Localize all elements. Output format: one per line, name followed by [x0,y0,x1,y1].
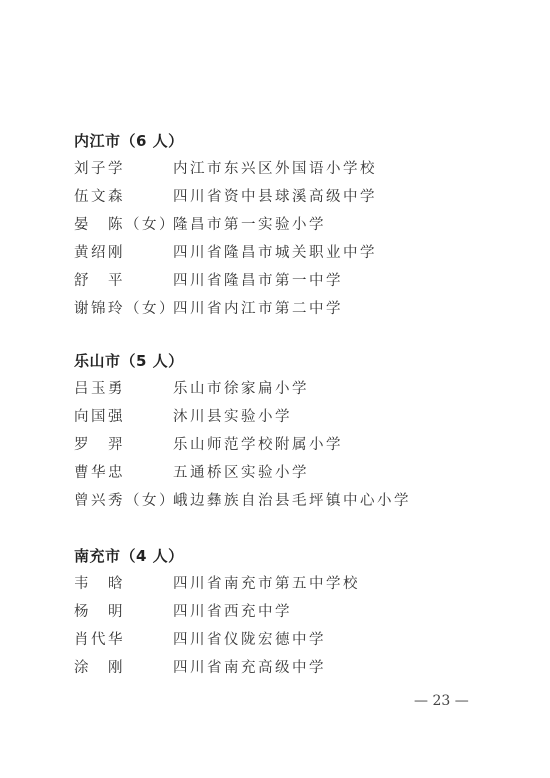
school-name: 沐川县实验小学 [173,407,292,435]
school-name: 内江市东兴区外国语小学校 [173,159,377,187]
list-item: 韦 晗四川省南充市第五中学校 [74,574,360,602]
list-item: 谢锦玲（女）四川省内江市第二中学 [74,299,377,327]
section-heading: 乐山市（5 人） [74,351,411,371]
person-name: 罗 羿 [74,435,173,463]
person-name: 向国强 [74,407,173,435]
school-name: 四川省仪陇宏德中学 [173,630,326,658]
school-name: 四川省隆昌市第一中学 [173,271,343,299]
section-nanchong: 南充市（4 人） 韦 晗四川省南充市第五中学校 杨 明四川省西充中学 肖代华四川… [74,546,360,686]
school-name: 四川省南充高级中学 [173,658,326,686]
person-name: 曾兴秀（女） [74,491,173,519]
section-heading: 南充市（4 人） [74,546,360,566]
school-name: 隆昌市第一实验小学 [173,215,326,243]
list-item: 罗 羿乐山师范学校附属小学 [74,435,411,463]
list-item: 涂 刚四川省南充高级中学 [74,658,360,686]
section-neijiang: 内江市（6 人） 刘子学内江市东兴区外国语小学校 伍文森四川省资中县球溪高级中学… [74,131,377,327]
section-heading: 内江市（6 人） [74,131,377,151]
school-name: 四川省内江市第二中学 [173,299,343,327]
person-name: 黄绍刚 [74,243,173,271]
school-name: 四川省资中县球溪高级中学 [173,187,377,215]
school-name: 五通桥区实验小学 [173,463,309,491]
school-name: 四川省南充市第五中学校 [173,574,360,602]
school-name: 乐山市徐家扁小学 [173,379,309,407]
school-name: 峨边彝族自治县毛坪镇中心小学 [173,491,411,519]
list-item: 杨 明四川省西充中学 [74,602,360,630]
person-name: 伍文森 [74,187,173,215]
list-item: 舒 平四川省隆昌市第一中学 [74,271,377,299]
page-number: — 23 — [414,693,469,709]
list-item: 曾兴秀（女）峨边彝族自治县毛坪镇中心小学 [74,491,411,519]
list-item: 曹华忠五通桥区实验小学 [74,463,411,491]
school-name: 乐山师范学校附属小学 [173,435,343,463]
school-name: 四川省西充中学 [173,602,292,630]
list-item: 伍文森四川省资中县球溪高级中学 [74,187,377,215]
list-item: 肖代华四川省仪陇宏德中学 [74,630,360,658]
person-name: 肖代华 [74,630,173,658]
person-name: 涂 刚 [74,658,173,686]
section-leshan: 乐山市（5 人） 吕玉勇乐山市徐家扁小学 向国强沐川县实验小学 罗 羿乐山师范学… [74,351,411,519]
list-item: 刘子学内江市东兴区外国语小学校 [74,159,377,187]
person-name: 谢锦玲（女） [74,299,173,327]
person-name: 晏 陈（女） [74,215,173,243]
person-name: 吕玉勇 [74,379,173,407]
list-item: 黄绍刚四川省隆昌市城关职业中学 [74,243,377,271]
person-name: 舒 平 [74,271,173,299]
person-name: 韦 晗 [74,574,173,602]
person-name: 刘子学 [74,159,173,187]
school-name: 四川省隆昌市城关职业中学 [173,243,377,271]
list-item: 向国强沐川县实验小学 [74,407,411,435]
person-name: 杨 明 [74,602,173,630]
list-item: 晏 陈（女）隆昌市第一实验小学 [74,215,377,243]
person-name: 曹华忠 [74,463,173,491]
list-item: 吕玉勇乐山市徐家扁小学 [74,379,411,407]
